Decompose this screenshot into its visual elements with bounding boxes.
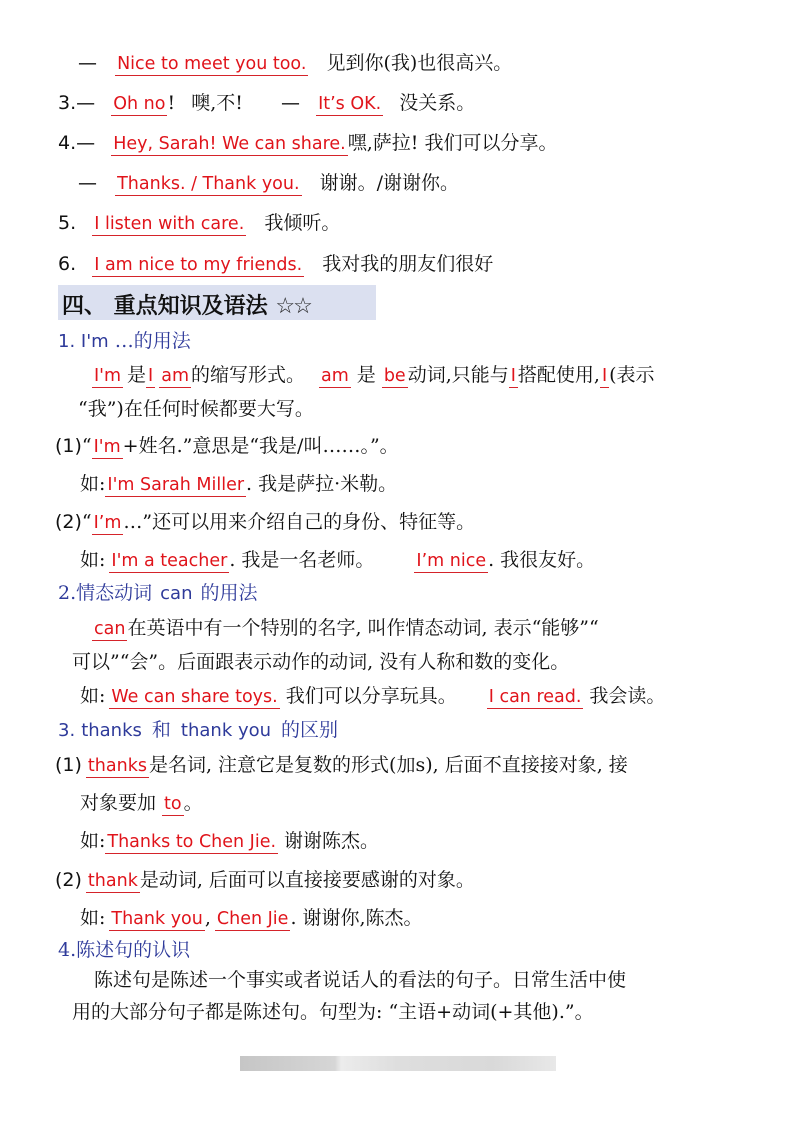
- topic-1-para: I'm是Iam的缩写形式。am是be动词,只能与I搭配使用,I(表示: [92, 362, 655, 389]
- answer-blank: I am nice to my friends.: [92, 255, 304, 277]
- section-heading: 四、 重点知识及语法 ☆☆: [62, 289, 311, 320]
- dialogue-line-1: — Nice to meet you too. 见到你(我)也很高兴。: [78, 50, 512, 77]
- topic-1-example-2: 如:I'm a teacher. 我是一名老师。I’m nice. 我很友好。: [80, 547, 595, 574]
- dialogue-line-3: 3.— Oh no! 噢,不! — It’s OK. 没关系。: [58, 90, 475, 117]
- topic-3-item-1-line2: 对象要加to。: [80, 790, 203, 817]
- answer-blank: Hey, Sarah! We can share.: [111, 134, 348, 156]
- dialogue-line-4b: — Thanks. / Thank you. 谢谢。/谢谢你。: [78, 170, 459, 197]
- dialogue-line-4: 4.— Hey, Sarah! We can share.嘿,萨拉! 我们可以分…: [58, 130, 557, 157]
- answer-blank: Oh no: [111, 94, 167, 116]
- topic-2-para: can在英语中有一个特别的名字, 叫作情态动词, 表示“能够”“: [92, 615, 599, 642]
- answer-blank: I listen with care.: [92, 214, 246, 236]
- star-icon: ☆☆: [275, 294, 310, 319]
- topic-2-example: 如:We can share toys.我们可以分享玩具。I can read.…: [80, 683, 665, 710]
- topic-2-title: 2.情态动词can的用法: [58, 580, 258, 607]
- answer-blank: Nice to meet you too.: [115, 54, 308, 76]
- topic-3-example-2: 如:Thank you,Chen Jie. 谢谢你,陈杰。: [80, 905, 423, 932]
- topic-3-title: 3.thanks和thank you的区别: [58, 717, 338, 744]
- topic-2-para-line2: 可以”“会”。后面跟表示动作的动词, 没有人称和数的变化。: [72, 649, 569, 675]
- topic-4-title: 4.陈述句的认识: [58, 937, 190, 963]
- topic-1-example-1: 如:I'm Sarah Miller. 我是萨拉·米勒。: [80, 471, 397, 498]
- topic-4-para: 陈述句是陈述一个事实或者说话人的看法的句子。日常生活中使: [94, 967, 626, 993]
- topic-4-para-line2: 用的大部分句子都是陈述句。句型为: “主语+动词(+其他).”。: [72, 999, 594, 1025]
- blurred-footer: [240, 1056, 556, 1071]
- topic-3-example-1: 如:Thanks to Chen Jie.谢谢陈杰。: [80, 828, 379, 855]
- dialogue-line-6: 6. I am nice to my friends. 我对我的朋友们很好: [58, 251, 493, 278]
- dialogue-line-5: 5. I listen with care. 我倾听。: [58, 210, 340, 237]
- topic-1-para-line2: “我”)在任何时候都要大写。: [78, 396, 314, 422]
- topic-1-title: 1. I'm …的用法: [58, 328, 191, 355]
- topic-3-item-2: (2)thank是动词, 后面可以直接接要感谢的对象。: [55, 867, 475, 894]
- answer-blank: It’s OK.: [316, 94, 383, 116]
- answer-blank: Thanks. / Thank you.: [115, 174, 301, 196]
- topic-1-item-1: (1)“I'm+姓名.”意思是“我是/叫……。”。: [55, 433, 399, 460]
- topic-1-item-2: (2)“I’m…”还可以用来介绍自己的身份、特征等。: [55, 509, 475, 536]
- topic-3-item-1: (1)thanks是名词, 注意它是复数的形式(加s), 后面不直接接对象, 接: [55, 752, 628, 779]
